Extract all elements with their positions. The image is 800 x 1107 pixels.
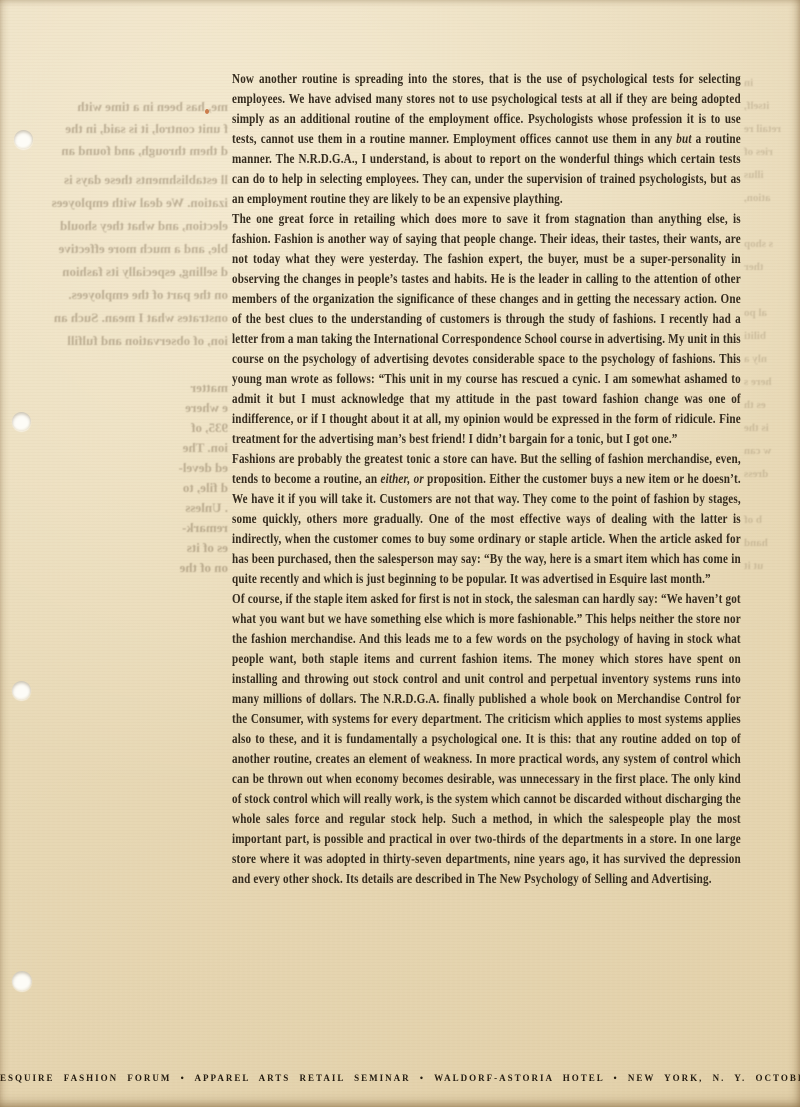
italic-text: either, or: [380, 472, 423, 487]
punch-hole: [14, 130, 33, 149]
body-text: proposition. Either the customer buys a …: [232, 472, 741, 587]
document-body: Now another routine is spreading into th…: [232, 70, 741, 890]
punch-hole: [12, 971, 32, 991]
italic-text: but: [676, 132, 691, 147]
body-text: The one great force in retailing which d…: [232, 212, 741, 447]
body-text: Now another routine is spreading into th…: [232, 72, 741, 147]
bleed-through-text: mattere where935, ofion. Theed devel-d f…: [2, 378, 228, 578]
bleed-through-text: initself,retail reries ofillusation, s s…: [744, 72, 796, 578]
paragraph: Fashions are probably the greatest tonic…: [232, 450, 741, 590]
body-text: Of course, if the staple item asked for …: [232, 592, 741, 887]
footer-line: ESQUIRE FASHION FORUM • APPAREL ARTS RET…: [0, 1073, 800, 1083]
punch-hole: [12, 681, 31, 700]
document-page: Now another routine is spreading into th…: [0, 0, 800, 1107]
paragraph: The one great force in retailing which d…: [232, 210, 741, 450]
paragraph: Now another routine is spreading into th…: [232, 70, 741, 210]
bleed-through-text: me, has been in a time withf unit contro…: [2, 96, 228, 162]
bleed-through-text: ll establishments these days isization. …: [2, 168, 228, 352]
paragraph: Of course, if the staple item asked for …: [232, 590, 741, 890]
punch-hole: [12, 412, 31, 431]
